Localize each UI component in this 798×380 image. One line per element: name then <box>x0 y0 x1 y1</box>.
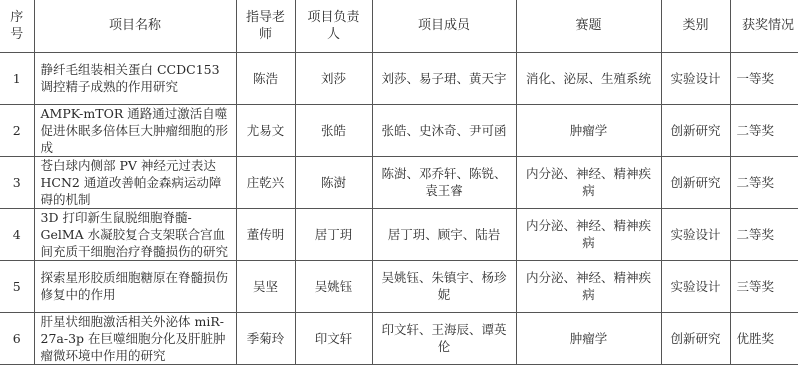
cell-category: 实验设计 <box>661 52 730 104</box>
cell-category: 创新研究 <box>661 156 730 208</box>
cell-topic: 肿瘤学 <box>516 312 661 364</box>
cell-award: 二等奖 <box>730 156 798 208</box>
cell-advisor: 庄乾兴 <box>236 156 295 208</box>
table-row: 4 3D 打印新生鼠脱细胞脊髓-GelMA 水凝胶复合支架联合宫血间充质干细胞治… <box>0 208 798 260</box>
cell-category: 创新研究 <box>661 312 730 364</box>
cell-title: AMPK-mTOR 通路通过激活自噬促进休眠多倍体巨大肿瘤细胞的形成 <box>34 104 236 156</box>
cell-topic: 内分泌、神经、精神疾病 <box>516 208 661 260</box>
header-row: 序号 项目名称 指导老师 项目负责人 项目成员 赛题 类别 获奖情况 <box>0 0 798 52</box>
header-members: 项目成员 <box>372 0 516 52</box>
cell-seq: 1 <box>0 52 34 104</box>
cell-award: 二等奖 <box>730 104 798 156</box>
cell-award: 三等奖 <box>730 260 798 312</box>
cell-members: 张皓、史沐奇、尹可函 <box>372 104 516 156</box>
cell-topic: 内分泌、神经、精神疾病 <box>516 260 661 312</box>
cell-advisor: 吴坚 <box>236 260 295 312</box>
header-category: 类别 <box>661 0 730 52</box>
cell-seq: 5 <box>0 260 34 312</box>
cell-topic: 消化、泌尿、生殖系统 <box>516 52 661 104</box>
cell-leader: 吴姚钰 <box>295 260 372 312</box>
cell-leader: 陈澍 <box>295 156 372 208</box>
table-row: 1 静纤毛组装相关蛋白 CCDC153 调控精子成熟的作用研究 陈浩 刘莎 刘莎… <box>0 52 798 104</box>
cell-leader: 刘莎 <box>295 52 372 104</box>
cell-award: 一等奖 <box>730 52 798 104</box>
cell-members: 陈澍、邓乔轩、陈锐、袁王睿 <box>372 156 516 208</box>
cell-seq: 4 <box>0 208 34 260</box>
cell-members: 吴姚钰、朱镇宇、杨珍妮 <box>372 260 516 312</box>
header-leader: 项目负责人 <box>295 0 372 52</box>
cell-seq: 3 <box>0 156 34 208</box>
cell-members: 印文轩、王海辰、谭英伦 <box>372 312 516 364</box>
header-seq: 序号 <box>0 0 34 52</box>
cell-leader: 居丁玥 <box>295 208 372 260</box>
cell-topic: 内分泌、神经、精神疾病 <box>516 156 661 208</box>
awards-table: 序号 项目名称 指导老师 项目负责人 项目成员 赛题 类别 获奖情况 1 静纤毛… <box>0 0 798 365</box>
cell-leader: 张皓 <box>295 104 372 156</box>
cell-advisor: 董传明 <box>236 208 295 260</box>
cell-members: 居丁玥、顾宇、陆岩 <box>372 208 516 260</box>
cell-title: 苍白球内侧部 PV 神经元过表达 HCN2 通道改善帕金森病运动障碍的机制 <box>34 156 236 208</box>
cell-seq: 6 <box>0 312 34 364</box>
cell-title: 静纤毛组装相关蛋白 CCDC153 调控精子成熟的作用研究 <box>34 52 236 104</box>
cell-advisor: 陈浩 <box>236 52 295 104</box>
cell-advisor: 尤易文 <box>236 104 295 156</box>
table-row: 6 肝星状细胞激活相关外泌体 miR-27a-3p 在巨噬细胞分化及肝脏肿瘤微环… <box>0 312 798 364</box>
cell-category: 实验设计 <box>661 208 730 260</box>
cell-leader: 印文轩 <box>295 312 372 364</box>
header-award: 获奖情况 <box>730 0 798 52</box>
cell-category: 实验设计 <box>661 260 730 312</box>
cell-members: 刘莎、易子珺、黄天宇 <box>372 52 516 104</box>
cell-title: 3D 打印新生鼠脱细胞脊髓-GelMA 水凝胶复合支架联合宫血间充质干细胞治疗脊… <box>34 208 236 260</box>
table-row: 5 探索星形胶质细胞糖原在脊髓损伤修复中的作用 吴坚 吴姚钰 吴姚钰、朱镇宇、杨… <box>0 260 798 312</box>
header-title: 项目名称 <box>34 0 236 52</box>
cell-category: 创新研究 <box>661 104 730 156</box>
cell-seq: 2 <box>0 104 34 156</box>
header-topic: 赛题 <box>516 0 661 52</box>
table-row: 3 苍白球内侧部 PV 神经元过表达 HCN2 通道改善帕金森病运动障碍的机制 … <box>0 156 798 208</box>
table-row: 2 AMPK-mTOR 通路通过激活自噬促进休眠多倍体巨大肿瘤细胞的形成 尤易文… <box>0 104 798 156</box>
cell-advisor: 季菊玲 <box>236 312 295 364</box>
header-advisor: 指导老师 <box>236 0 295 52</box>
cell-topic: 肿瘤学 <box>516 104 661 156</box>
cell-award: 优胜奖 <box>730 312 798 364</box>
cell-title: 肝星状细胞激活相关外泌体 miR-27a-3p 在巨噬细胞分化及肝脏肿瘤微环境中… <box>34 312 236 364</box>
cell-title: 探索星形胶质细胞糖原在脊髓损伤修复中的作用 <box>34 260 236 312</box>
cell-award: 二等奖 <box>730 208 798 260</box>
